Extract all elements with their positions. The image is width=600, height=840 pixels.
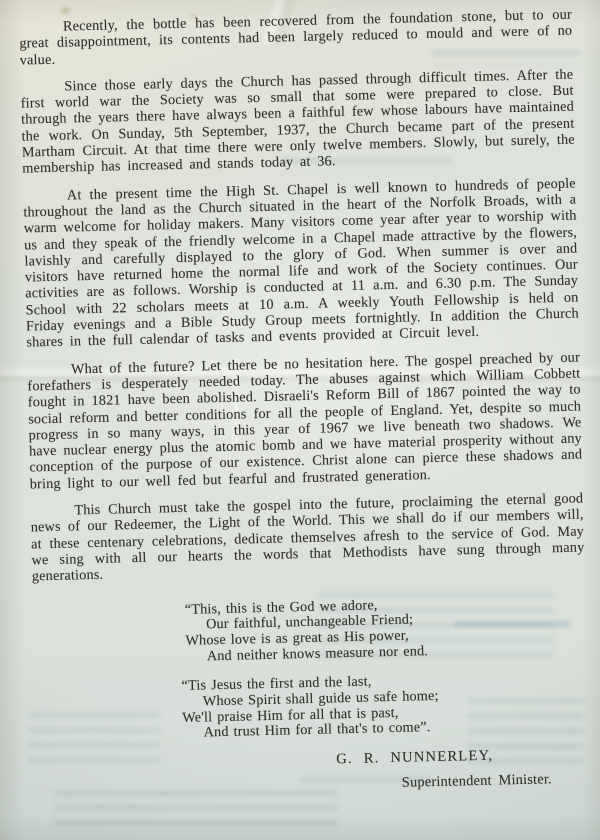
hymn-verse-2: “Tis Jesus the first and the last, Whose… <box>181 670 588 742</box>
signature-block: G. R. NUNNERLEY, Superintendent Minister… <box>36 746 590 801</box>
signature-name: G. R. NUNNERLEY, <box>36 748 493 775</box>
paragraph-3: At the present time the High St. Chapel … <box>23 175 580 351</box>
scanned-page: Recently, the bottle has been recovered … <box>0 0 600 840</box>
paragraph-1: Recently, the bottle has been recovered … <box>19 7 573 69</box>
signature-role: Superintendent Minister. <box>37 772 552 800</box>
paragraph-5: This Church must take the gospel into th… <box>30 490 585 584</box>
foxing-spot <box>56 4 74 17</box>
hymn-verse-1: “This, this is the God we adore, Our fai… <box>185 593 587 665</box>
paragraph-2: Since those early days the Church has pa… <box>20 66 575 177</box>
paragraph-4: What of the future? Let there be no hesi… <box>27 349 583 492</box>
page-content: Recently, the bottle has been recovered … <box>19 7 590 801</box>
